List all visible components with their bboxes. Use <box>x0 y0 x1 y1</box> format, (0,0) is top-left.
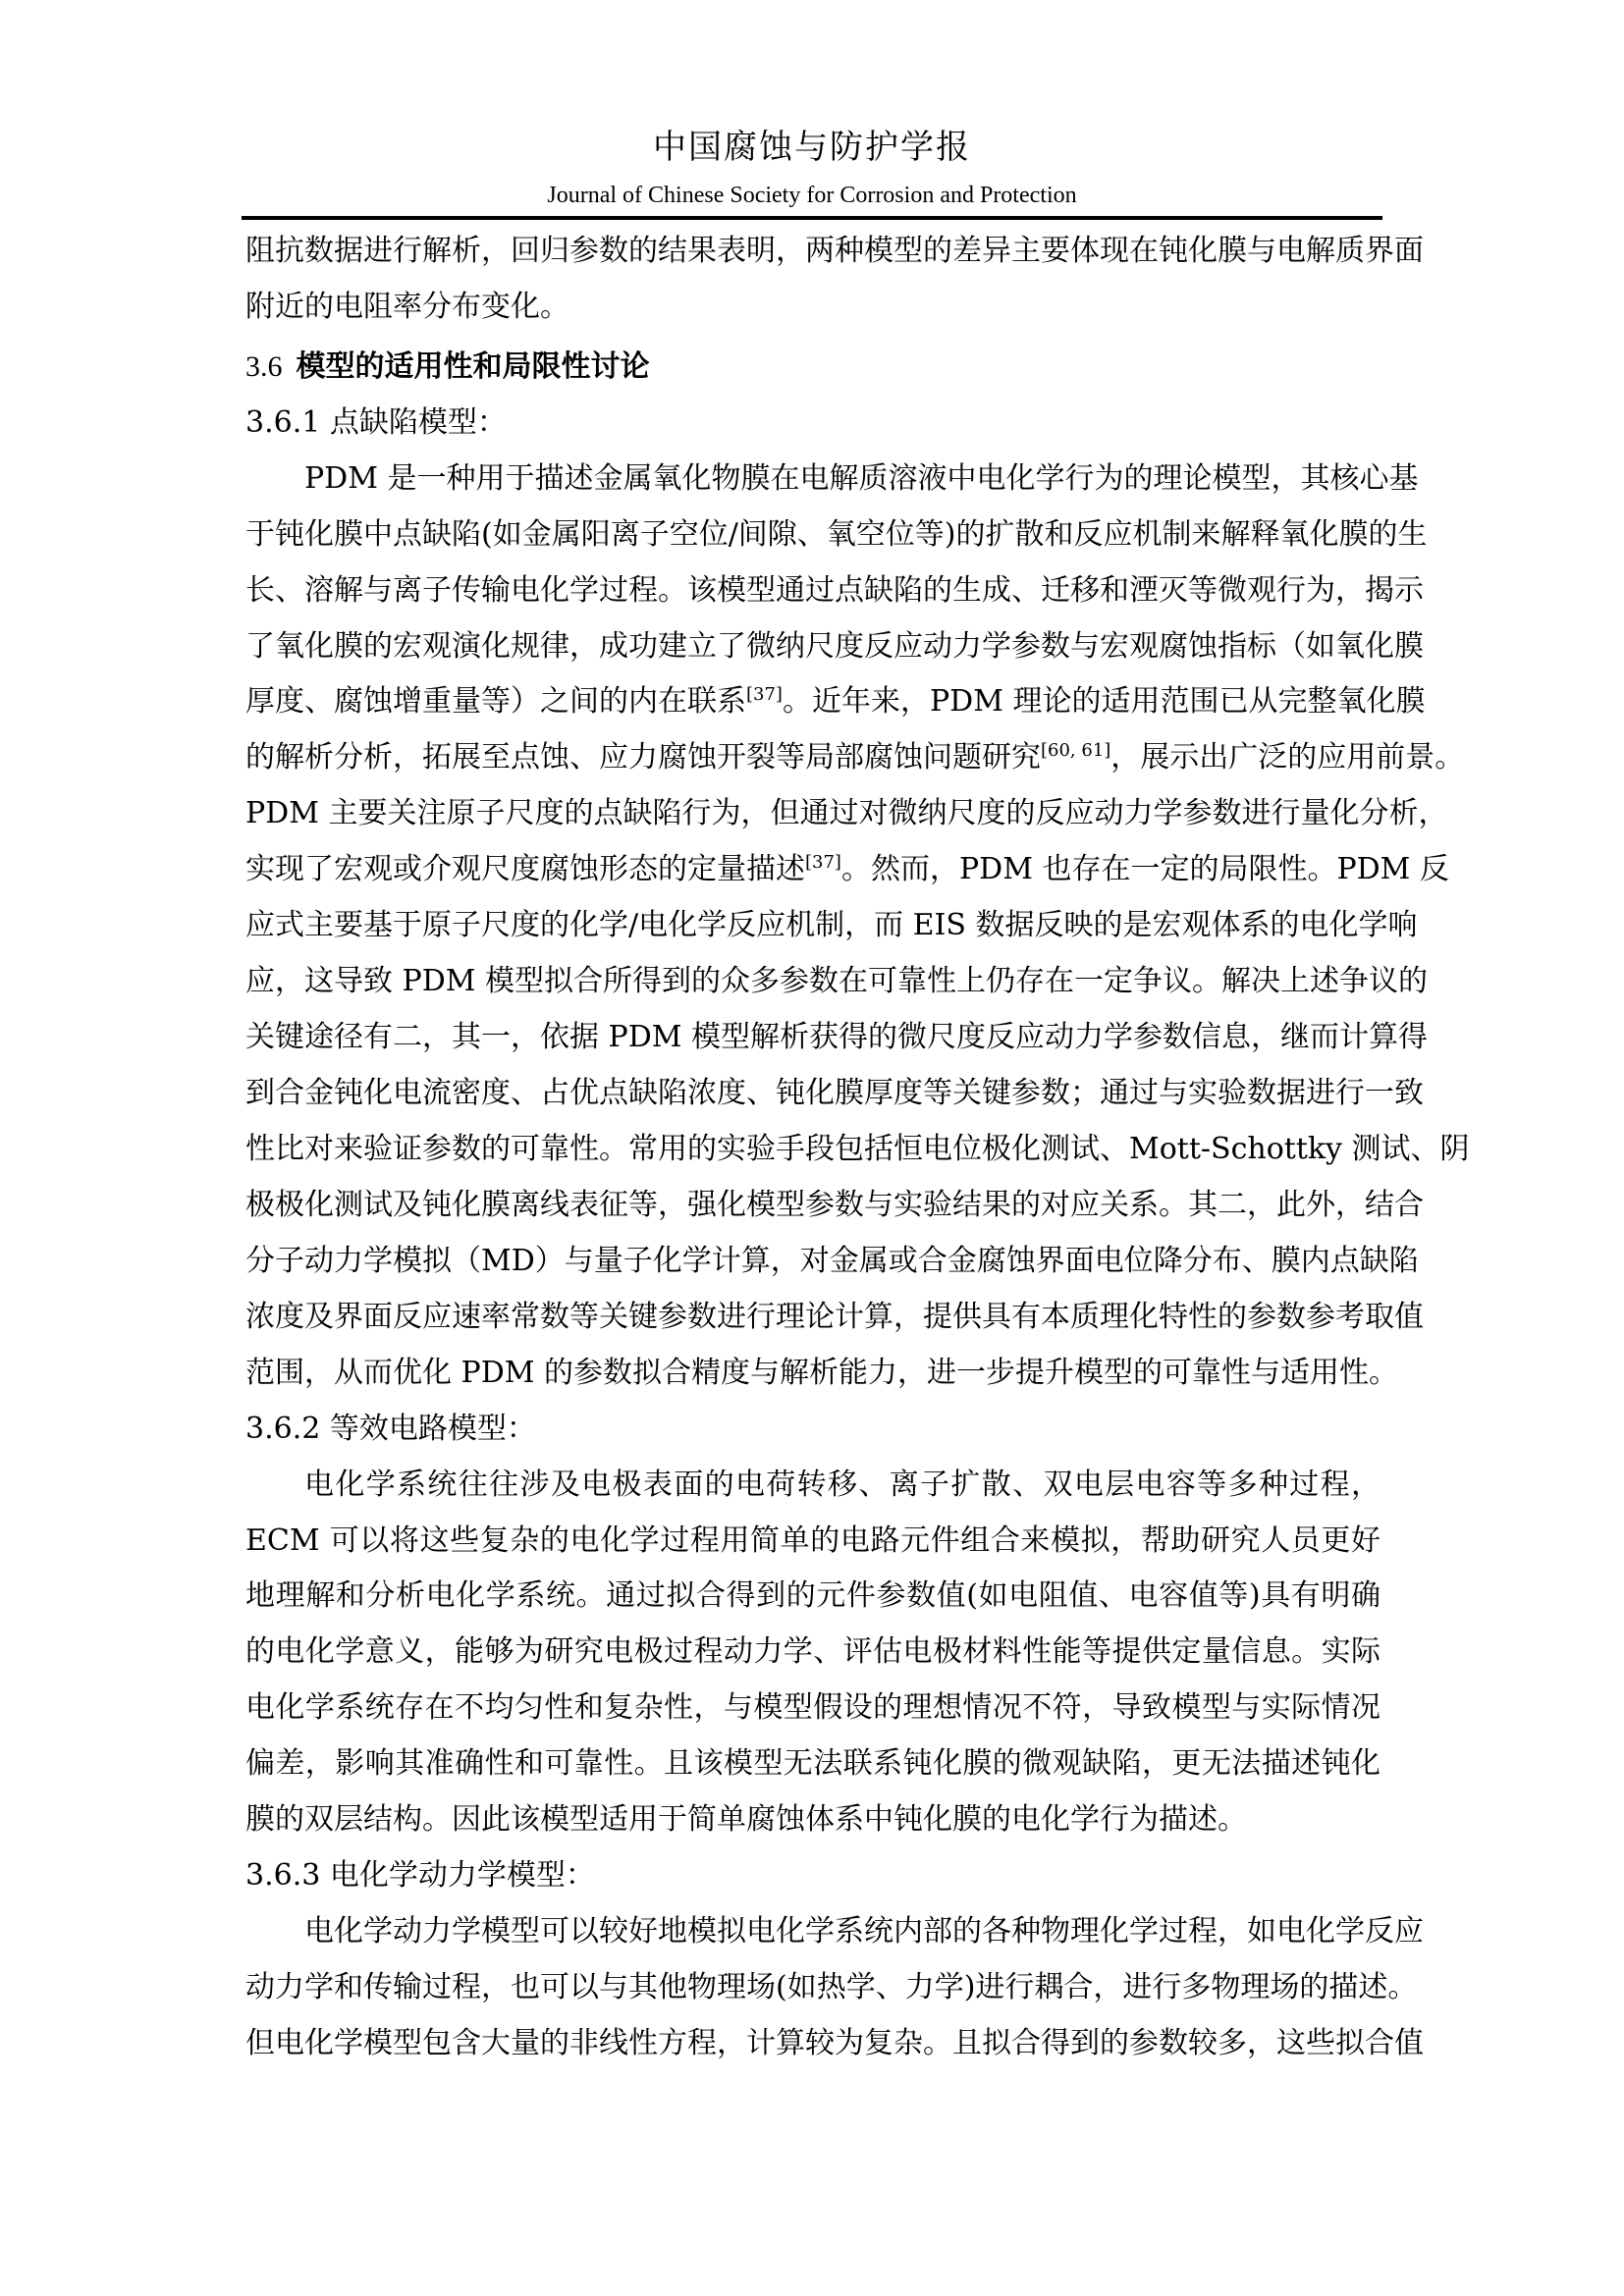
line-text-continued: 。近年来，PDM 理论的适用范围已从完整氧化膜 <box>783 684 1426 719</box>
text-line: 范围，从而优化 PDM 的参数拟合精度与解析能力，进一步提升模型的可靠性与适用性… <box>245 1354 1380 1393</box>
line-text: 了氧化膜的宏观演化规律，成功建立了微纳尺度反应动力学参数与宏观腐蚀指标（如氧化膜 <box>245 629 1424 664</box>
line-text: 的电化学意义，能够为研究电极过程动力学、评估电极材料性能等提供定量信息。实际 <box>245 1634 1380 1669</box>
line-text: 附近的电阻率分布变化。 <box>245 290 569 324</box>
subsection-heading: 3.6.2 等效电路模型： <box>245 1410 1380 1449</box>
line-text: 应式主要基于原子尺度的化学/电化学反应机制，而 EIS 数据反映的是宏观体系的电… <box>245 908 1417 942</box>
line-text: 动力学和传输过程，也可以与其他物理场(如热学、力学)进行耦合，进行多物理场的描述… <box>245 1970 1417 2004</box>
header-divider <box>242 216 1382 220</box>
line-text-continued: ，展示出广泛的应用前景。 <box>1110 740 1464 774</box>
line-text: 范围，从而优化 PDM 的参数拟合精度与解析能力，进一步提升模型的可靠性与适用性… <box>245 1356 1398 1390</box>
text-line: 地理解和分析电化学系统。通过拟合得到的元件参数值(如电阻值、电容值等)具有明确 <box>245 1576 1380 1616</box>
text-line: 应，这导致 PDM 模型拟合所得到的众多参数在可靠性上仍存在一定争议。解决上述争… <box>245 962 1380 1001</box>
text-line: 极极化测试及钝化膜离线表征等，强化模型参数与实验结果的对应关系。其二，此外，结合 <box>245 1186 1380 1225</box>
text-line: 偏差，影响其准确性和可靠性。且该模型无法联系钝化膜的微观缺陷，更无法描述钝化 <box>245 1744 1380 1784</box>
line-text: 3.6.2 等效电路模型： <box>245 1412 536 1446</box>
line-text: 但电化学模型包含大量的非线性方程，计算较为复杂。且拟合得到的参数较多，这些拟合值 <box>245 2026 1424 2060</box>
text-line: 了氧化膜的宏观演化规律，成功建立了微纳尺度反应动力学参数与宏观腐蚀指标（如氧化膜 <box>245 627 1380 667</box>
line-text: 到合金钝化电流密度、占优点缺陷浓度、钝化膜厚度等关键参数；通过与实验数据进行一致 <box>245 1076 1424 1110</box>
text-line: 到合金钝化电流密度、占优点缺陷浓度、钝化膜厚度等关键参数；通过与实验数据进行一致 <box>245 1074 1380 1113</box>
line-text: 3.6.1 点缺陷模型： <box>245 405 507 440</box>
line-text: 电化学系统往往涉及电极表面的电荷转移、离子扩散、双电层电容等多种过程， <box>304 1468 1380 1502</box>
line-text: 电化学系统存在不均匀性和复杂性，与模型假设的理想情况不符，导致模型与实际情况 <box>245 1690 1380 1725</box>
line-text: PDM 主要关注原子尺度的点缺陷行为，但通过对微纳尺度的反应动力学参数进行量化分… <box>245 796 1448 830</box>
text-line: 电化学系统存在不均匀性和复杂性，与模型假设的理想情况不符，导致模型与实际情况 <box>245 1688 1380 1728</box>
line-text: 电化学动力学模型可以较好地模拟电化学系统内部的各种物理化学过程，如电化学反应 <box>304 1914 1424 1949</box>
line-text: 阻抗数据进行解析，回归参数的结果表明，两种模型的差异主要体现在钝化膜与电解质界面 <box>245 234 1424 268</box>
line-text: 极极化测试及钝化膜离线表征等，强化模型参数与实验结果的对应关系。其二，此外，结合 <box>245 1188 1424 1222</box>
text-line: 附近的电阻率分布变化。 <box>245 288 1380 327</box>
line-text: 应，这导致 PDM 模型拟合所得到的众多参数在可靠性上仍存在一定争议。解决上述争… <box>245 964 1428 998</box>
line-text: 厚度、腐蚀增重量等）之间的内在联系 <box>245 684 746 719</box>
text-line: 动力学和传输过程，也可以与其他物理场(如热学、力学)进行耦合，进行多物理场的描述… <box>245 1968 1380 2007</box>
section-number: 3.6 <box>245 350 283 383</box>
section-title: 模型的适用性和局限性讨论 <box>297 349 650 384</box>
text-line: 电化学动力学模型可以较好地模拟电化学系统内部的各种物理化学过程，如电化学反应 <box>304 1912 1380 1951</box>
text-line: PDM 主要关注原子尺度的点缺陷行为，但通过对微纳尺度的反应动力学参数进行量化分… <box>245 794 1380 833</box>
line-text: 长、溶解与离子传输电化学过程。该模型通过点缺陷的生成、迁移和湮灭等微观行为，揭示 <box>245 573 1424 608</box>
text-line: 应式主要基于原子尺度的化学/电化学反应机制，而 EIS 数据反映的是宏观体系的电… <box>245 906 1380 945</box>
text-line: ECM 可以将这些复杂的电化学过程用简单的电路元件组合来模拟，帮助研究人员更好 <box>245 1522 1380 1561</box>
line-text-continued: 。然而，PDM 也存在一定的局限性。PDM 反 <box>841 852 1449 886</box>
line-text: 地理解和分析电化学系统。通过拟合得到的元件参数值(如电阻值、电容值等)具有明确 <box>245 1578 1380 1613</box>
text-line: 于钝化膜中点缺陷(如金属阳离子空位/间隙、氧空位等)的扩散和反应机制来解释氧化膜… <box>245 515 1380 555</box>
section-heading: 3.6模型的适用性和局限性讨论 <box>245 347 1380 387</box>
text-line: 分子动力学模拟（MD）与量子化学计算，对金属或合金腐蚀界面电位降分布、膜内点缺陷 <box>245 1242 1380 1281</box>
line-text: 偏差，影响其准确性和可靠性。且该模型无法联系钝化膜的微观缺陷，更无法描述钝化 <box>245 1746 1380 1781</box>
text-line: 浓度及界面反应速率常数等关键参数进行理论计算，提供具有本质理化特性的参数参考取值 <box>245 1298 1380 1337</box>
line-text: ECM 可以将这些复杂的电化学过程用简单的电路元件组合来模拟，帮助研究人员更好 <box>245 1523 1380 1558</box>
line-text: PDM 是一种用于描述金属氧化物膜在电解质溶液中电化学行为的理论模型，其核心基 <box>304 461 1419 496</box>
line-text: 浓度及界面反应速率常数等关键参数进行理论计算，提供具有本质理化特性的参数参考取值 <box>245 1300 1424 1334</box>
line-text: 膜的双层结构。因此该模型适用于简单腐蚀体系中钝化膜的电化学行为描述。 <box>245 1802 1247 1837</box>
text-line: 性比对来验证参数的可靠性。常用的实验手段包括恒电位极化测试、Mott-Schot… <box>245 1130 1380 1169</box>
text-line: 但电化学模型包含大量的非线性方程，计算较为复杂。且拟合得到的参数较多，这些拟合值 <box>245 2024 1380 2063</box>
citation-reference[interactable]: [37] <box>746 684 783 705</box>
line-text: 的解析分析，拓展至点蚀、应力腐蚀开裂等局部腐蚀问题研究 <box>245 740 1041 774</box>
line-text: 于钝化膜中点缺陷(如金属阳离子空位/间隙、氧空位等)的扩散和反应机制来解释氧化膜… <box>245 517 1428 552</box>
text-line: 厚度、腐蚀增重量等）之间的内在联系[37]。近年来，PDM 理论的适用范围已从完… <box>245 682 1380 721</box>
journal-subtitle: Journal of Chinese Society for Corrosion… <box>0 181 1624 210</box>
text-line: 电化学系统往往涉及电极表面的电荷转移、离子扩散、双电层电容等多种过程， <box>304 1466 1380 1505</box>
text-line: 关键途径有二，其一，依据 PDM 模型解析获得的微尺度反应动力学参数信息，继而计… <box>245 1018 1380 1057</box>
citation-reference[interactable]: [37] <box>805 852 841 873</box>
line-text: 分子动力学模拟（MD）与量子化学计算，对金属或合金腐蚀界面电位降分布、膜内点缺陷 <box>245 1244 1419 1278</box>
subsection-heading: 3.6.3 电化学动力学模型： <box>245 1856 1380 1896</box>
text-line: 的解析分析，拓展至点蚀、应力腐蚀开裂等局部腐蚀问题研究[60, 61]，展示出广… <box>245 738 1380 777</box>
text-line: 膜的双层结构。因此该模型适用于简单腐蚀体系中钝化膜的电化学行为描述。 <box>245 1800 1380 1840</box>
line-text: 实现了宏观或介观尺度腐蚀形态的定量描述 <box>245 852 805 886</box>
text-line: 阻抗数据进行解析，回归参数的结果表明，两种模型的差异主要体现在钝化膜与电解质界面 <box>245 232 1380 271</box>
line-text: 性比对来验证参数的可靠性。常用的实验手段包括恒电位极化测试、Mott-Schot… <box>245 1132 1470 1166</box>
subsection-heading: 3.6.1 点缺陷模型： <box>245 403 1380 443</box>
citation-reference[interactable]: [60, 61] <box>1041 740 1110 761</box>
journal-title: 中国腐蚀与防护学报 <box>0 126 1624 169</box>
text-line: PDM 是一种用于描述金属氧化物膜在电解质溶液中电化学行为的理论模型，其核心基 <box>304 459 1380 499</box>
line-text: 3.6.3 电化学动力学模型： <box>245 1858 595 1893</box>
text-line: 长、溶解与离子传输电化学过程。该模型通过点缺陷的生成、迁移和湮灭等微观行为，揭示 <box>245 571 1380 611</box>
text-line: 的电化学意义，能够为研究电极过程动力学、评估电极材料性能等提供定量信息。实际 <box>245 1632 1380 1672</box>
text-line: 实现了宏观或介观尺度腐蚀形态的定量描述[37]。然而，PDM 也存在一定的局限性… <box>245 850 1380 889</box>
line-text: 关键途径有二，其一，依据 PDM 模型解析获得的微尺度反应动力学参数信息，继而计… <box>245 1020 1428 1054</box>
